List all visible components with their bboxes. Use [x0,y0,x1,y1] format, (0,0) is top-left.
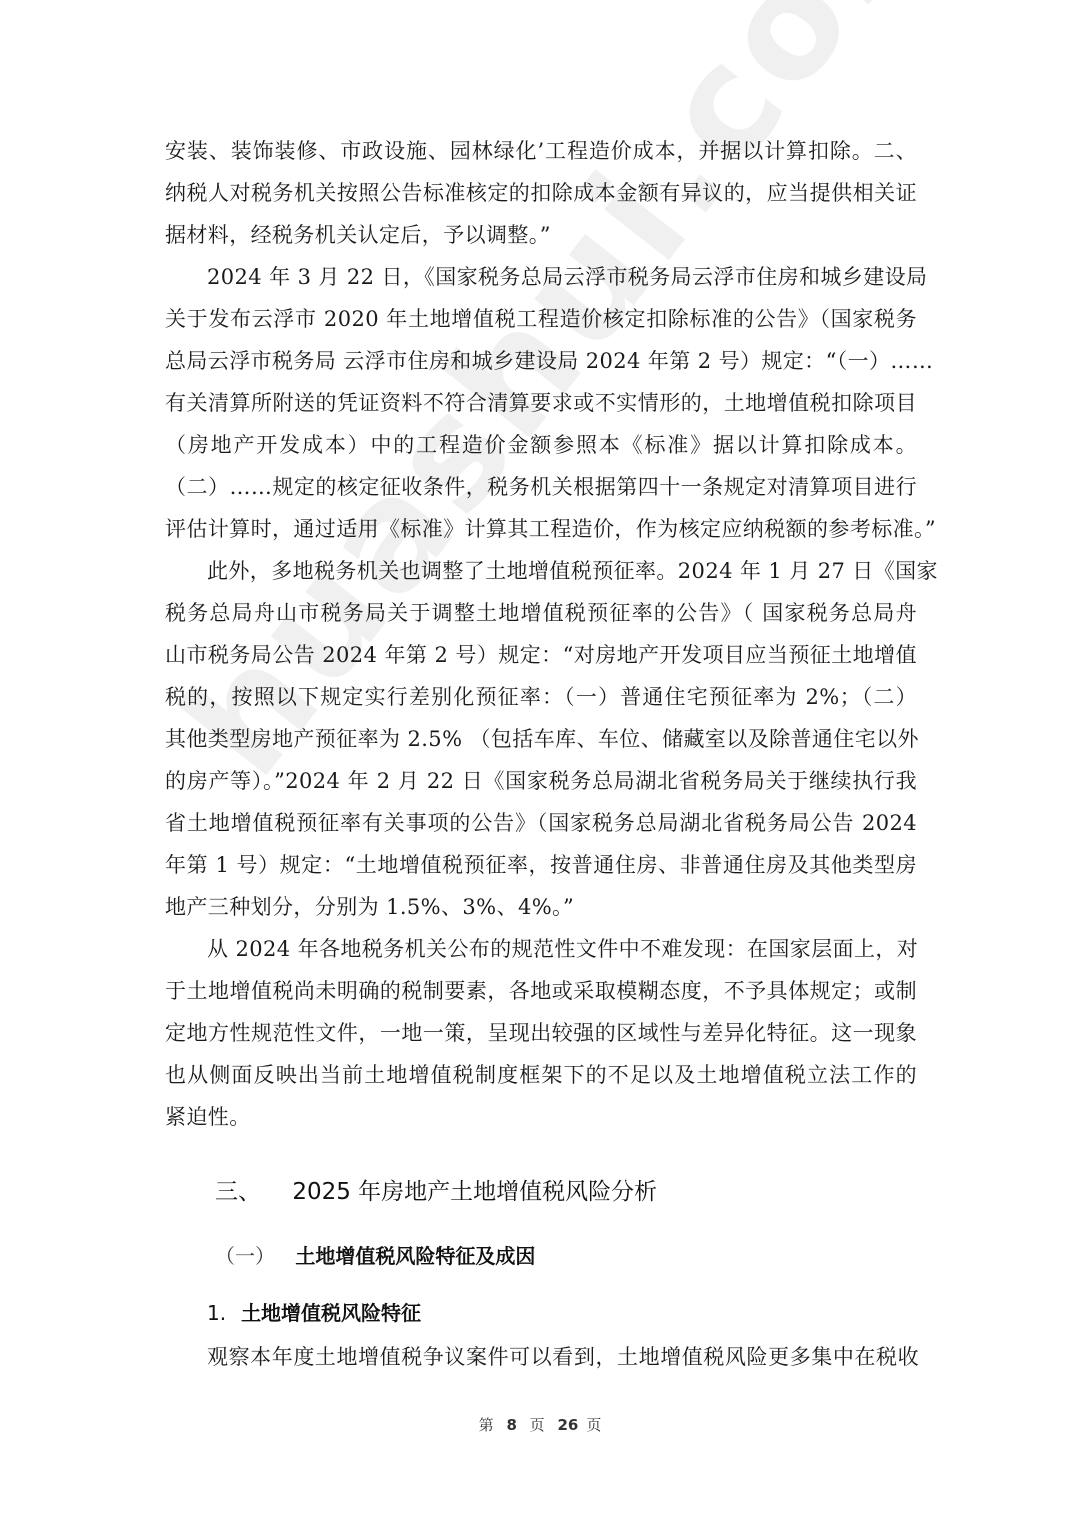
text-line: 定地方性规范性文件，一地一策，呈现出较强的区域性与差异化特征。这一现象 [165,1012,917,1054]
text-line: 有关清算所附送的凭证资料不符合清算要求或不实情形的，土地增值税扣除项目 [165,382,917,424]
text-line: 2024 年 3 月 22 日，《国家税务总局云浮市税务局云浮市住房和城乡建设局 [165,256,917,298]
text-line: 据材料，经税务机关认定后，予以调整。” [165,214,917,256]
text-line: 地产三种划分，分别为 1.5%、3%、4%。” [165,886,917,928]
paragraph-2: 2024 年 3 月 22 日，《国家税务总局云浮市税务局云浮市住房和城乡建设局… [165,256,917,550]
total-pages: 26 [557,1416,578,1434]
subsection-heading: （一） 土地增值税风险特征及成因 [215,1238,535,1274]
section-title: 2025 年房地产土地增值税风险分析 [292,1179,657,1205]
sub-subsection-heading: 1. 土地增值税风险特征 [207,1295,421,1331]
body-text: 安装、装饰装修、市政设施、园林绿化’工程造价成本，并据以计算扣除。二、 纳税人对… [165,130,917,1138]
text-line: 的房产等）。”2024 年 2 月 22 日《国家税务总局湖北省税务局关于继续执… [165,760,917,802]
paragraph-3: 此外，多地税务机关也调整了土地增值税预征率。2024 年 1 月 27 日《国家… [165,550,917,928]
text-line: 也从侧面反映出当前土地增值税制度框架下的不足以及土地增值税立法工作的 [165,1054,917,1096]
subsection-title: 土地增值税风险特征及成因 [295,1244,535,1268]
text-line: 山市税务局公告 2024 年第 2 号）规定：“对房地产开发项目应当预征土地增值 [165,634,917,676]
text-line: （二）……规定的核定征收条件，税务机关根据第四十一条规定对清算项目进行 [165,466,917,508]
text-line: 此外，多地税务机关也调整了土地增值税预征率。2024 年 1 月 27 日《国家 [165,550,917,592]
sub-subsection-title: 土地增值税风险特征 [241,1301,421,1325]
paragraph-4: 从 2024 年各地税务机关公布的规范性文件中不难发现：在国家层面上，对 于土地… [165,928,917,1138]
text-line: 总局云浮市税务局 云浮市住房和城乡建设局 2024 年第 2 号）规定：“（一）… [165,340,917,382]
text-line: 纳税人对税务机关按照公告标准核定的扣除成本金额有异议的，应当提供相关证 [165,172,917,214]
text-line: 税务总局舟山市税务局关于调整土地增值税预征率的公告》（ 国家税务总局舟 [165,592,917,634]
text-line: 省土地增值税预征率有关事项的公告》（国家税务总局湖北省税务局公告 2024 [165,802,917,844]
text-line: 紧迫性。 [165,1096,917,1138]
text-line: （房地产开发成本）中的工程造价金额参照本《标准》据以计算扣除成本。 [165,424,917,466]
text-line: 评估计算时，通过适用《标准》计算其工程造价，作为核定应纳税额的参考标准。” [165,508,917,550]
text-line: 年第 1 号）规定：“土地增值税预征率，按普通住房、非普通住房及其他类型房 [165,844,917,886]
footer-suffix: 页 [586,1416,601,1434]
text-line: 观察本年度土地增值税争议案件可以看到，土地增值税风险更多集中在税收 [207,1336,919,1378]
footer-prefix: 第 [479,1416,494,1434]
page-footer: 第 8 页 26页 [0,1414,1080,1435]
section-heading: 三、 2025 年房地产土地增值税风险分析 [215,1172,657,1212]
footer-middle: 页 [530,1416,545,1434]
subsection-number: （一） [215,1244,275,1268]
text-line: 于土地增值税尚未明确的税制要素，各地或采取模糊态度，不予具体规定；或制 [165,970,917,1012]
text-line: 安装、装饰装修、市政设施、园林绿化’工程造价成本，并据以计算扣除。二、 [165,130,917,172]
text-line: 关于发布云浮市 2020 年土地增值税工程造价核定扣除标准的公告》（国家税务 [165,298,917,340]
text-line: 从 2024 年各地税务机关公布的规范性文件中不难发现：在国家层面上，对 [165,928,917,970]
document-page: huashui.com 安装、装饰装修、市政设施、园林绿化’工程造价成本，并据以… [0,0,1080,1527]
current-page-number: 8 [506,1416,516,1434]
sub-subsection-number: 1. [207,1301,226,1325]
text-line: 税的，按照以下规定实行差别化预征率：（一）普通住宅预征率为 2%；（二） [165,676,917,718]
text-line: 其他类型房地产预征率为 2.5% （包括车库、车位、储藏室以及除普通住宅以外 [165,718,917,760]
section-number: 三、 [215,1179,261,1205]
paragraph-1: 安装、装饰装修、市政设施、园林绿化’工程造价成本，并据以计算扣除。二、 纳税人对… [165,130,917,256]
